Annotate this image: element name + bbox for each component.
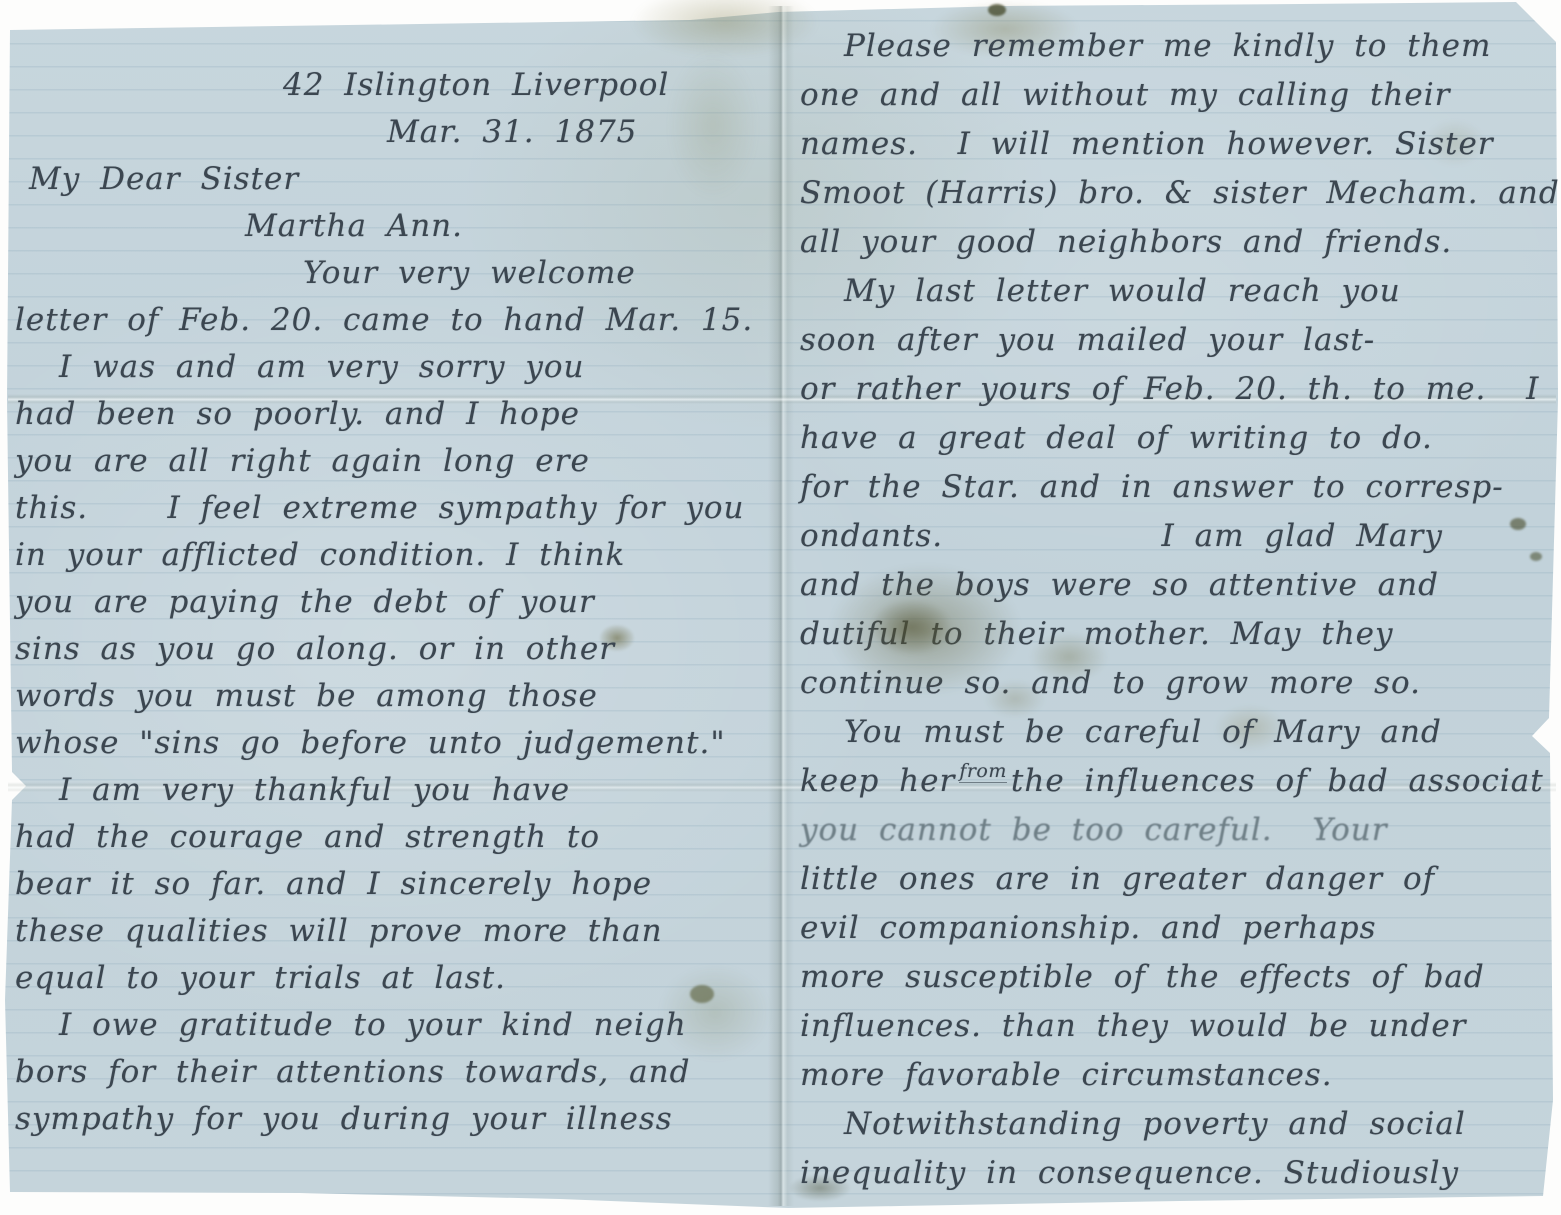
letter-line: inequality in consequence. Studiously (800, 1149, 1552, 1198)
letter-line: I was and am very sorry you (59, 344, 773, 391)
letter-line: Please remember me kindly to them (844, 22, 1552, 71)
salutation-line: My Dear Sister (29, 156, 773, 203)
letter-line: had the courage and strength to (15, 814, 773, 861)
letter-line: have a great deal of writing to do. (800, 414, 1552, 463)
letter-line: whose "sins go before unto judgement." (15, 720, 773, 767)
letter-line: influences. than they would be under (800, 1002, 1552, 1051)
letter-line: I am very thankful you have (59, 767, 773, 814)
letter-line: ondants. I am glad Mary (800, 512, 1552, 561)
letter-line: names. I will mention however. Sister (800, 120, 1552, 169)
letter-line: and the boys were so attentive and (800, 561, 1552, 610)
line-text: the influences of bad associat (1011, 763, 1544, 799)
letter-line: sympathy for you during your illness (15, 1096, 773, 1143)
letter-line: you are all right again long ere (15, 438, 773, 485)
address-line: 42 Islington Liverpool (283, 62, 773, 109)
letter-line: you are paying the debt of your (15, 579, 773, 626)
letter-line: letter of Feb. 20. came to hand Mar. 15. (15, 297, 773, 344)
letter-line: You must be careful of Mary and (844, 708, 1552, 757)
letter-line: words you must be among those (15, 673, 773, 720)
letter-line: all your good neighbors and friends. (800, 218, 1552, 267)
letter-line: in your afflicted condition. I think (15, 532, 773, 579)
letter-page-right: Please remember me kindly to themone and… (800, 22, 1552, 1198)
line-text: keep her (800, 763, 955, 799)
letter-line: dutiful to their mother. May they (800, 610, 1552, 659)
letter-line: Notwithstanding poverty and social (844, 1100, 1552, 1149)
letter-line: I owe gratitude to your kind neigh (59, 1002, 773, 1049)
letter-line: more susceptible of the effects of bad (800, 953, 1552, 1002)
letter-line: for the Star. and in answer to corresp- (800, 463, 1552, 512)
letter-line: bors for their attentions towards, and (15, 1049, 773, 1096)
letter-line: Smoot (Harris) bro. & sister Mecham. and (800, 169, 1552, 218)
letter-line: keep herfromthe influences of bad associ… (800, 757, 1552, 806)
letter-line: or rather yours of Feb. 20. th. to me. I (800, 365, 1552, 414)
date-line: Mar. 31. 1875 (387, 109, 773, 156)
letter-line: Your very welcome (303, 250, 773, 297)
letter-line: equal to your trials at last. (15, 955, 773, 1002)
letter-line: you cannot be too careful. Your (800, 806, 1552, 855)
letter-line: more favorable circumstances. (800, 1051, 1552, 1100)
letter-line: these qualities will prove more than (15, 908, 773, 955)
letter-line: soon after you mailed your last- (800, 316, 1552, 365)
letter-line: this. I feel extreme sympathy for you (15, 485, 773, 532)
letter-line: one and all without my calling their (800, 71, 1552, 120)
letter-line: evil companionship. and perhaps (800, 904, 1552, 953)
salutation-name-line: Martha Ann. (245, 203, 773, 250)
inserted-word-above-line: from (959, 760, 1007, 783)
letter-line: continue so. and to grow more so. (800, 659, 1552, 708)
letter-page-left: 42 Islington Liverpool Mar. 31. 1875 My … (15, 62, 773, 1143)
letter-line: had been so poorly. and I hope (15, 391, 773, 438)
letter-line: My last letter would reach you (844, 267, 1552, 316)
letter-line: bear it so far. and I sincerely hope (15, 861, 773, 908)
letter-line: little ones are in greater danger of (800, 855, 1552, 904)
letter-scan: 42 Islington Liverpool Mar. 31. 1875 My … (0, 0, 1561, 1215)
letter-line: sins as you go along. or in other (15, 626, 773, 673)
